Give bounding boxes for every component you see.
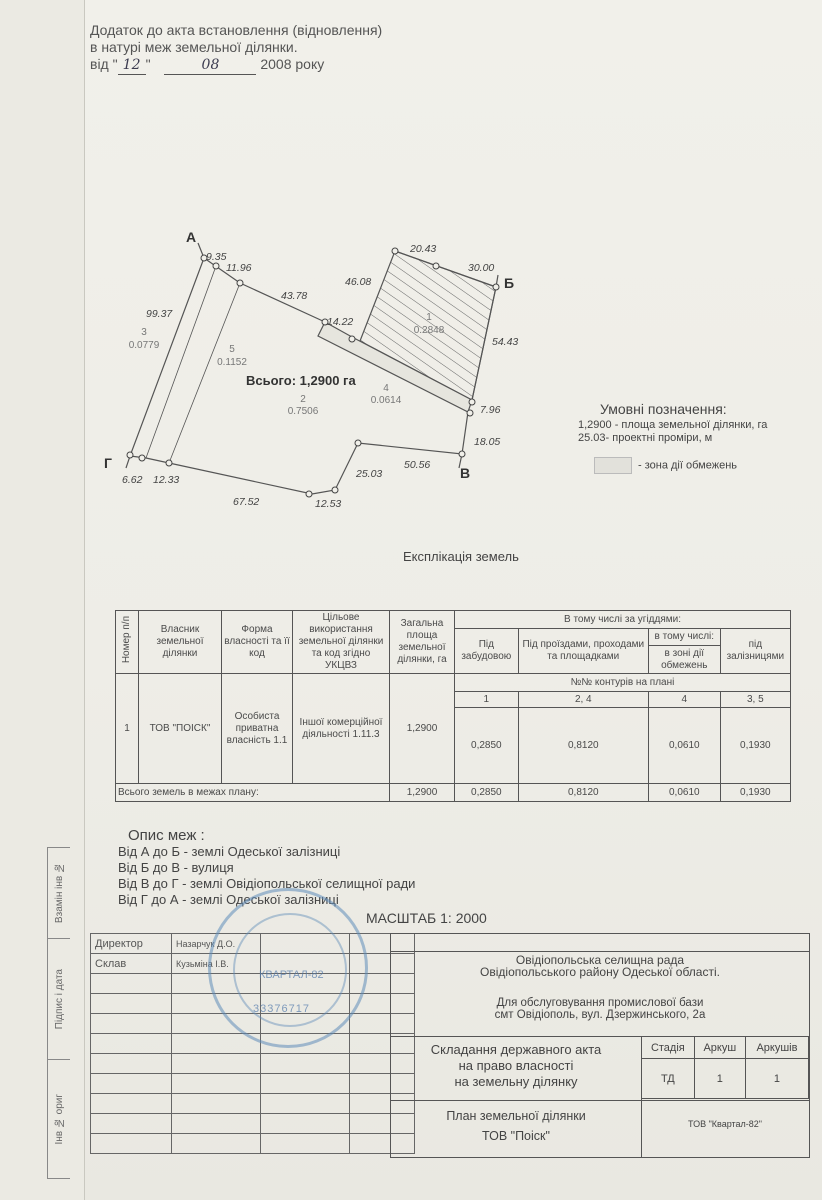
legend-item-zone: - зона дії обмежень [578, 457, 767, 474]
svg-text:9.35: 9.35 [206, 251, 227, 263]
side-label-column: Взамін інв № Підпис і дата Інв № ориг [47, 847, 70, 1179]
plan-title: План земельної ділянки ТОВ "Поіск" [391, 1106, 641, 1146]
svg-text:54.43: 54.43 [492, 336, 518, 348]
total-area-label: Всього: 1,2900 га [246, 373, 356, 388]
boundary-item: Від А до Б - землі Одеської залізниці [118, 844, 415, 860]
sheet-value: 1 [694, 1059, 745, 1099]
organization: Овідіопольська селищна рада Овідіопольсь… [391, 954, 809, 978]
svg-text:11.96: 11.96 [226, 262, 252, 274]
svg-text:30.00: 30.00 [468, 262, 494, 274]
svg-text:14.22: 14.22 [327, 316, 353, 328]
explication-table: Номер п/п Власник земельної ділянки Форм… [115, 610, 791, 802]
row-total: 1,2900 [390, 674, 455, 784]
svg-text:0.7506: 0.7506 [288, 406, 319, 417]
header-num: Номер п/п [116, 611, 139, 674]
legend-title: Умовні позначення: [600, 403, 767, 416]
header-zone: в зоні дії обмежень [648, 646, 720, 674]
row-num: 1 [116, 674, 139, 784]
legend: Умовні позначення: 1,2900 - площа земель… [578, 403, 767, 474]
company-seal: КВАРТАЛ-82 33376717 [208, 888, 368, 1048]
svg-text:12.33: 12.33 [153, 474, 179, 486]
svg-text:1: 1 [426, 312, 432, 323]
side-label: Підпис і дата [54, 969, 65, 1029]
svg-text:50.56: 50.56 [404, 459, 430, 471]
side-label: Інв № ориг [54, 1094, 65, 1145]
row-built: 0,2850 [455, 708, 519, 784]
explication-title: Експлікація земель [403, 549, 519, 564]
legend-item-measure: 25.03- проектні проміри, м [578, 432, 767, 445]
header-owner: Власник земельної ділянки [139, 611, 222, 674]
header-rail: під залізницями [720, 629, 790, 674]
row-rail: 0,1930 [720, 708, 790, 784]
svg-text:6.62: 6.62 [122, 474, 143, 486]
corner-a-label: А [186, 229, 196, 245]
header-incl2: в тому числі: [648, 629, 720, 646]
legend-item-area: 1,2900 - площа земельної ділянки, га [578, 419, 767, 432]
stage-value: ТД [642, 1059, 695, 1099]
svg-text:46.08: 46.08 [345, 276, 371, 288]
sheets-value: 1 [745, 1059, 808, 1099]
boundary-item: Від В до Г - землі Овідіопольської селищ… [118, 876, 415, 892]
row-form: Особиста приватна власність 1.1 [222, 674, 293, 784]
totals-label: Всього земель в межах плану: [116, 784, 390, 802]
svg-text:2: 2 [300, 394, 306, 405]
act-title: Складання державного акта на право власн… [391, 1042, 641, 1090]
zone-swatch [594, 457, 632, 474]
header-roads: Під проїздами, проходами та площадками [518, 629, 648, 674]
svg-text:67.52: 67.52 [233, 496, 259, 508]
svg-text:12.53: 12.53 [315, 498, 341, 510]
row-owner: ТОВ "ПОІСК" [139, 674, 222, 784]
header-total: Загальна площа земельної ділянки, га [390, 611, 455, 674]
boundary-item: Від Б до В - вулиця [118, 860, 415, 876]
corner-v-label: В [460, 465, 470, 481]
svg-text:25.03: 25.03 [355, 468, 382, 480]
svg-text:4: 4 [383, 383, 389, 394]
svg-text:0.2848: 0.2848 [414, 325, 445, 336]
corner-g-label: Г [104, 455, 112, 471]
svg-text:0.0779: 0.0779 [129, 340, 160, 351]
side-label: Взамін інв № [54, 862, 65, 923]
svg-text:18.05: 18.05 [474, 436, 500, 448]
header-built: Під забудовою [455, 629, 519, 674]
row-purpose: Іншої комерційної діяльності 1.11.3 [293, 674, 390, 784]
developer: ТОВ "Квартал-82" [641, 1119, 809, 1129]
row-roads: 0,8120 [518, 708, 648, 784]
scale-label: МАСШТАБ 1: 2000 [366, 910, 487, 926]
boundary-title: Опис меж : [128, 828, 415, 844]
svg-text:43.78: 43.78 [281, 290, 307, 302]
header-incl: В тому числі за угіддями: [455, 611, 791, 629]
svg-text:0.0614: 0.0614 [371, 395, 402, 406]
title-block: Овідіопольська селищна рада Овідіопольсь… [390, 933, 810, 1158]
svg-text:0.1152: 0.1152 [217, 357, 247, 368]
row-zone: 0,0610 [648, 708, 720, 784]
svg-text:3: 3 [141, 327, 147, 338]
svg-text:20.43: 20.43 [409, 243, 436, 255]
svg-text:7.96: 7.96 [480, 404, 501, 416]
plot-purpose: Для обслуговування промислової бази смт … [391, 997, 809, 1021]
corner-b-label: Б [504, 275, 514, 291]
header-form: Форма власності та її код [222, 611, 293, 674]
contours-header: №№ контурів на плані [455, 674, 791, 692]
svg-text:99.37: 99.37 [146, 308, 173, 320]
sheet-info: СтадіяАркушАркушів ТД11 [641, 1036, 809, 1099]
svg-text:5: 5 [229, 344, 235, 355]
header-purpose: Цільове використання земельної ділянки т… [293, 611, 390, 674]
